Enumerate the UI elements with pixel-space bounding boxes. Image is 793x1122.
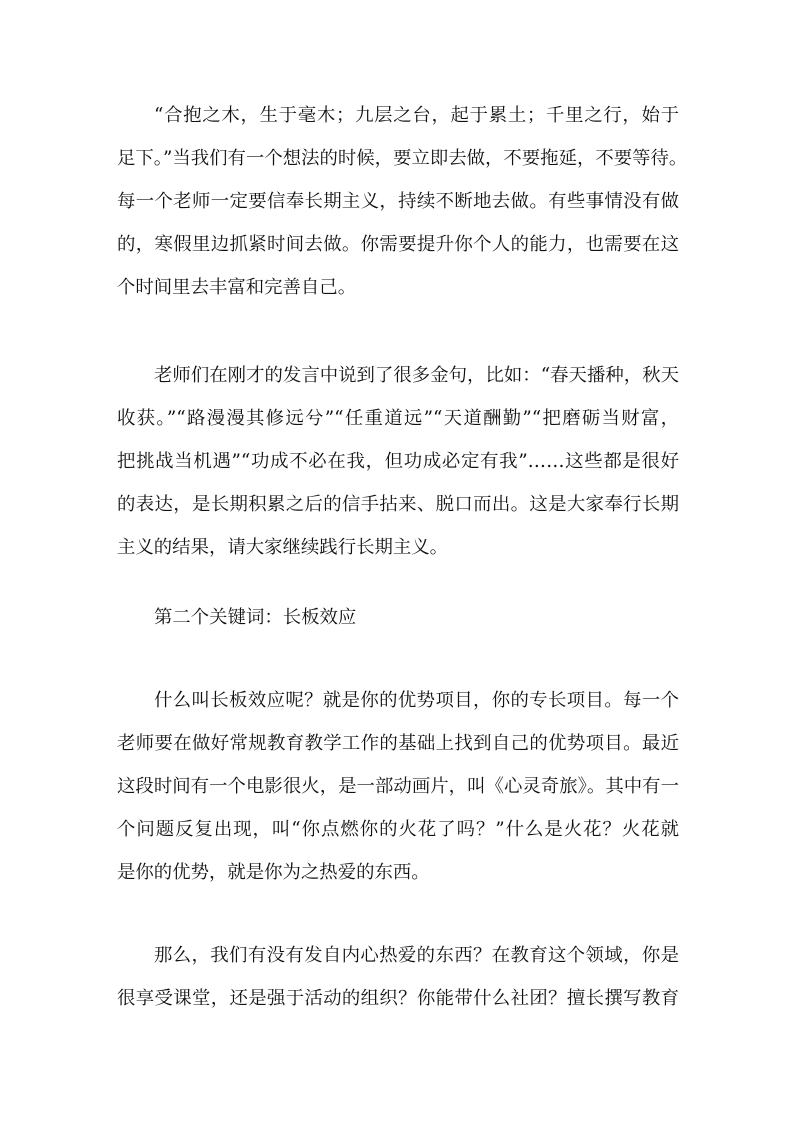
- text-line: 那么，我们有没有发自内心热爱的东西？在教育这个领域，你是: [117, 934, 679, 977]
- heading-text: 第二个关键词：长板效应: [117, 596, 679, 639]
- text-line: 主义的结果，请大家继续践行长期主义。: [117, 526, 679, 569]
- text-line: “合抱之木，生于毫木；九层之台，起于累土；千里之行，始于: [117, 94, 679, 137]
- text-line: 这段时间有一个电影很火，是一部动画片，叫《心灵奇旅》。其中有一: [117, 765, 679, 808]
- text-line: 是你的优势，就是你为之热爱的东西。: [117, 851, 679, 894]
- text-line: 什么叫长板效应呢？就是你的优势项目，你的专长项目。每一个: [117, 679, 679, 722]
- text-line: 的表达，是长期积累之后的信手拈来、脱口而出。这是大家奉行长期: [117, 483, 679, 526]
- text-line: 老师们在刚才的发言中说到了很多金句，比如：“春天播种，秋天: [117, 354, 679, 397]
- text-line: 收获。”“路漫漫其修远兮”“任重道远”“天道酬勤”“把磨砺当财富，: [117, 397, 679, 440]
- text-line: 个问题反复出现，叫“你点燃你的火花了吗？”什么是火花？火花就: [117, 808, 679, 851]
- text-line: 的，寒假里边抓紧时间去做。你需要提升你个人的能力，也需要在这: [117, 223, 679, 266]
- text-line: 每一个老师一定要信奉长期主义，持续不断地去做。有些事情没有做: [117, 180, 679, 223]
- text-line: 把挑战当机遇”“功成不必在我，但功成必定有我”……这些都是很好: [117, 440, 679, 483]
- text-line: 很享受课堂，还是强于活动的组织？你能带什么社团？擅长撰写教育: [117, 977, 679, 1020]
- paragraph-long-term: “合抱之木，生于毫木；九层之台，起于累土；千里之行，始于 足下。”当我们有一个想…: [117, 94, 679, 309]
- paragraph-golden-quotes: 老师们在刚才的发言中说到了很多金句，比如：“春天播种，秋天 收获。”“路漫漫其修…: [117, 354, 679, 569]
- text-line: 足下。”当我们有一个想法的时候，要立即去做，不要拖延，不要等待。: [117, 137, 679, 180]
- paragraph-long-board-definition: 什么叫长板效应呢？就是你的优势项目，你的专长项目。每一个 老师要在做好常规教育教…: [117, 679, 679, 894]
- text-line: 个时间里去丰富和完善自己。: [117, 266, 679, 309]
- paragraph-passion: 那么，我们有没有发自内心热爱的东西？在教育这个领域，你是 很享受课堂，还是强于活…: [117, 934, 679, 1020]
- document-page: “合抱之木，生于毫木；九层之台，起于累土；千里之行，始于 足下。”当我们有一个想…: [0, 0, 793, 1122]
- text-line: 老师要在做好常规教育教学工作的基础上找到自己的优势项目。最近: [117, 722, 679, 765]
- section-heading-long-board-effect: 第二个关键词：长板效应: [117, 596, 679, 639]
